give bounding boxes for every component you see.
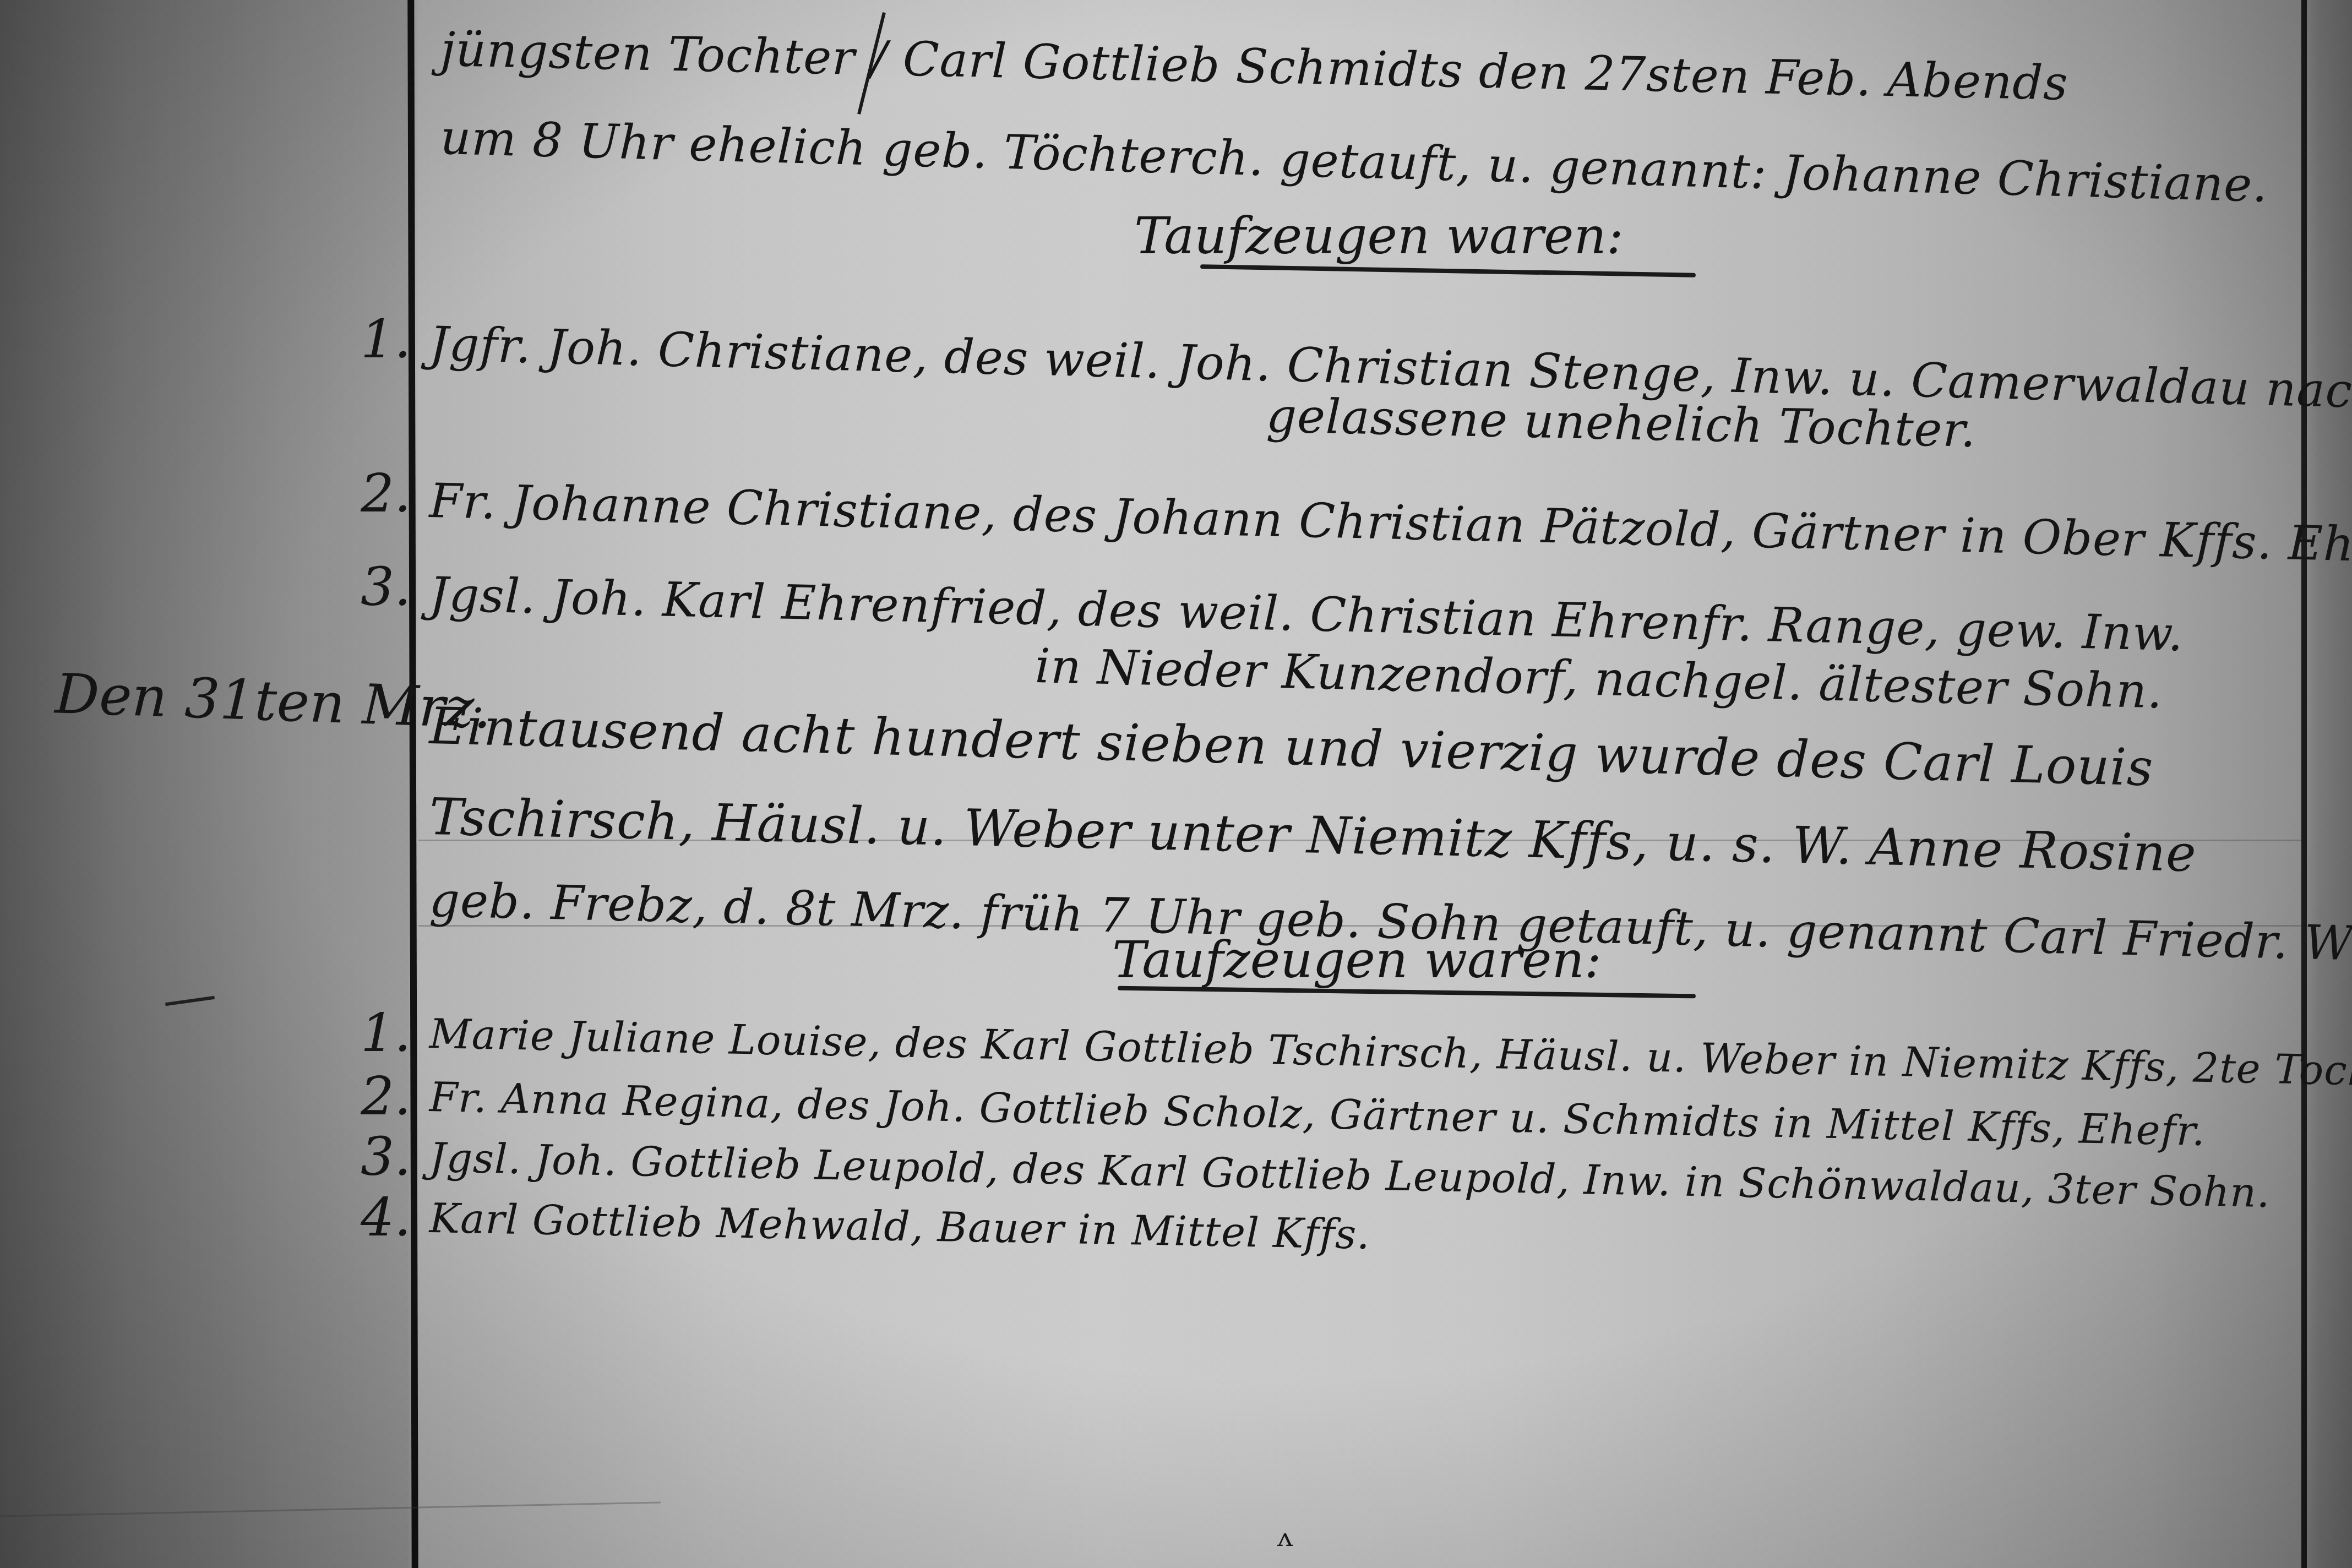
- witness-number: 2.: [361, 1065, 411, 1127]
- witness-number: 3.: [361, 556, 411, 618]
- witness-number: 3.: [361, 1126, 411, 1188]
- entry-date: Den 31ten Mrz.: [54, 661, 493, 741]
- previous-entry-line-1: jüngsten Tochter / Carl Gottlieb Schmidt…: [440, 22, 2069, 111]
- margin-rule: [407, 0, 418, 1568]
- witness-number: 4.: [361, 1186, 411, 1248]
- witness-number: 1.: [361, 308, 411, 370]
- register-page: jüngsten Tochter / Carl Gottlieb Schmidt…: [0, 0, 2352, 1568]
- margin-mark: [165, 996, 215, 1006]
- right-border-rule: [2301, 0, 2307, 1568]
- witness-number: 1.: [361, 1002, 411, 1064]
- witnesses-heading-1: Taufzeugen waren:: [1134, 206, 1624, 265]
- ink-mark: ᶺ: [1277, 1520, 1294, 1568]
- heading-underline: [1200, 264, 1696, 277]
- guide-line: [0, 1501, 661, 1517]
- witness-line: Fr. Johanne Christiane, des Johann Chris…: [429, 473, 2352, 574]
- previous-entry-line-2: um 8 Uhr ehelich geb. Töchterch. getauft…: [440, 110, 2269, 213]
- entry-line-2: Tschirsch, Häusl. u. Weber unter Niemitz…: [429, 787, 2197, 883]
- witness-number: 2.: [361, 462, 411, 524]
- witness-line: Karl Gottlieb Mehwald, Bauer in Mittel K…: [429, 1195, 1370, 1259]
- witnesses-heading-2: Taufzeugen waren:: [1112, 930, 1602, 989]
